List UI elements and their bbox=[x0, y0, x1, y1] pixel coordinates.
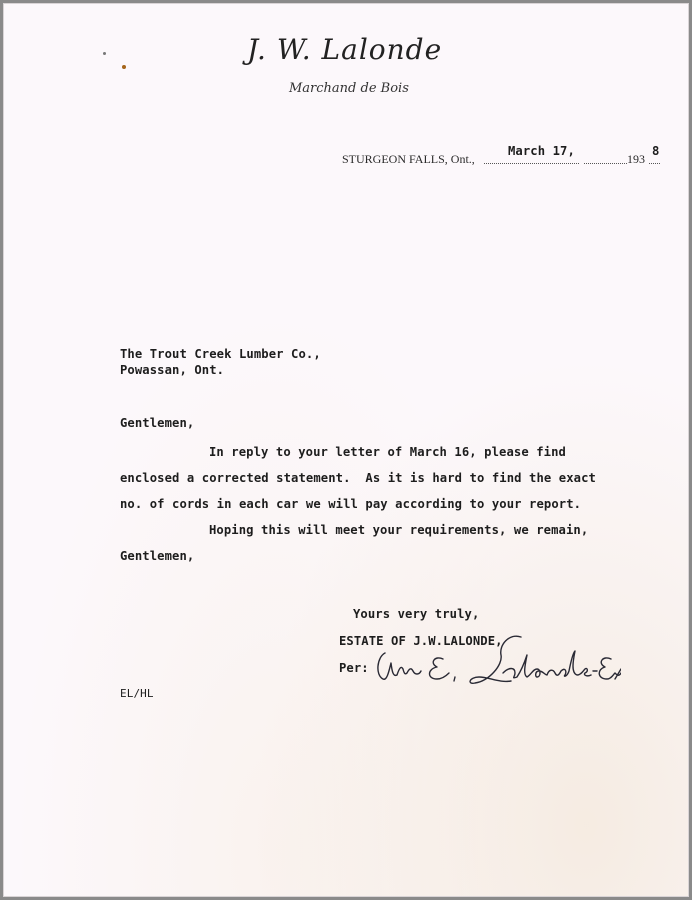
body-line: enclosed a corrected statement. As it is… bbox=[120, 471, 596, 485]
recipient-line-2: Powassan, Ont. bbox=[120, 363, 224, 377]
letterhead-name: J. W. Lalonde bbox=[247, 33, 442, 66]
paper-spot bbox=[103, 52, 106, 55]
closing-salutation: Gentlemen, bbox=[120, 549, 194, 563]
dateline-place: STURGEON FALLS, Ont., bbox=[342, 152, 475, 167]
complimentary-close: Yours very truly, bbox=[353, 607, 479, 621]
date-dotted-line-2 bbox=[584, 163, 627, 164]
letter-page: J. W. Lalonde Marchand de Bois STURGEON … bbox=[3, 3, 689, 897]
date-dotted-line bbox=[484, 163, 579, 164]
rust-spot bbox=[122, 65, 126, 69]
handwritten-signature: Mrs E. Lalonde-Ex bbox=[371, 631, 621, 691]
recipient-line-1: The Trout Creek Lumber Co., bbox=[120, 347, 321, 361]
typed-year-digit: 8 bbox=[652, 144, 659, 158]
salutation: Gentlemen, bbox=[120, 416, 194, 430]
body-line: no. of cords in each car we will pay acc… bbox=[120, 497, 581, 511]
body-line: In reply to your letter of March 16, ple… bbox=[209, 445, 566, 459]
year-dotted-line bbox=[649, 163, 660, 164]
reference-initials: EL/HL bbox=[120, 687, 154, 700]
typed-date: March 17, bbox=[508, 144, 575, 158]
letterhead-tagline: Marchand de Bois bbox=[289, 81, 409, 96]
per-label: Per: bbox=[339, 661, 369, 675]
dateline-year-prefix: 193 bbox=[627, 152, 645, 167]
body-line: Hoping this will meet your requirements,… bbox=[209, 523, 588, 537]
